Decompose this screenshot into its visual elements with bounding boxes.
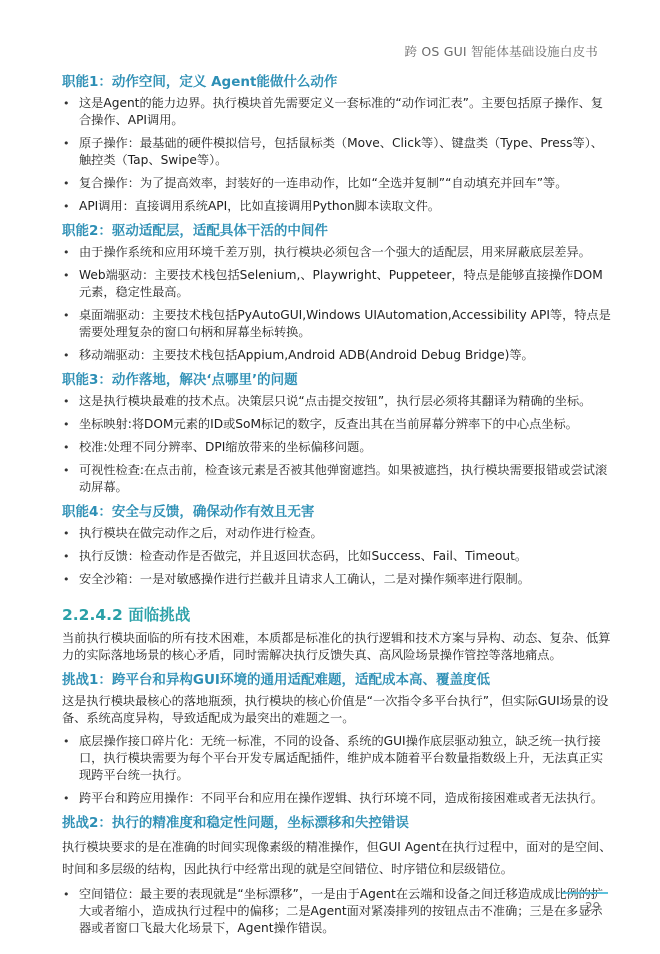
challenge-heading-1: 挑战1：跨平台和异构GUI环境的通用适配难题，适配成本高、覆盖度低 (62, 670, 612, 690)
list-item: 可视性检查:在点击前，检查该元素是否被其他弹窗遮挡。如果被遮挡，执行模块需要报错… (62, 462, 612, 496)
section-heading-1: 职能1：动作空间，定义 Agent能做什么动作 (62, 72, 612, 92)
list-item: 这是执行模块最难的技术点。决策层只说“点击提交按钮”，执行层必须将其翻译为精确的… (62, 393, 612, 410)
bullet-list-2: 由于操作系统和应用环境千差万别，执行模块必须包含一个强大的适配层，用来屏蔽底层差… (62, 244, 612, 364)
list-item: 这是Agent的能力边界。执行模块首先需要定义一套标准的“动作词汇表”。主要包括… (62, 95, 612, 129)
page-number: 29 (585, 900, 600, 914)
bullet-list-4: 执行模块在做完动作之后，对动作进行检查。 执行反馈：检查动作是否做完，并且返回状… (62, 525, 612, 588)
list-item: 执行反馈：检查动作是否做完，并且返回状态码，比如Success、Fail、Tim… (62, 548, 612, 565)
list-item: 校准:处理不同分辨率、DPI缩放带来的坐标偏移问题。 (62, 439, 612, 456)
section-heading-3: 职能3：动作落地，解决‘点哪里’的问题 (62, 370, 612, 390)
list-item: 桌面端驱动：主要技术栈包括PyAutoGUI,Windows UIAutomat… (62, 307, 612, 341)
list-item: 原子操作：最基础的硬件模拟信号，包括鼠标类（Move、Click等）、键盘类（T… (62, 135, 612, 169)
footer-accent-line (562, 892, 608, 894)
challenge-bullets-1: 底层操作接口碎片化：无统一标准，不同的设备、系统的GUI操作底层驱动独立，缺乏统… (62, 733, 612, 807)
challenge-heading-2: 挑战2：执行的精准度和稳定性问题，坐标漂移和失控错误 (62, 813, 612, 833)
list-item: Web端驱动：主要技术栈包括Selenium,、Playwright、Puppe… (62, 267, 612, 301)
list-item: API调用：直接调用系统API，比如直接调用Python脚本读取文件。 (62, 198, 612, 215)
challenges-heading: 2.2.4.2 面临挑战 (62, 604, 612, 626)
list-item: 底层操作接口碎片化：无统一标准，不同的设备、系统的GUI操作底层驱动独立，缺乏统… (62, 733, 612, 784)
challenges-intro: 当前执行模块面临的所有技术困难，本质都是标准化的执行逻辑和技术方案与异构、动态、… (62, 630, 612, 664)
page-header-title: 跨 OS GUI 智能体基础设施白皮书 (404, 42, 598, 60)
challenge-intro-1: 这是执行模块最核心的落地瓶颈，执行模块的核心价值是“一次指令多平台执行”，但实际… (62, 693, 612, 727)
list-item: 执行模块在做完动作之后，对动作进行检查。 (62, 525, 612, 542)
list-item: 坐标映射:将DOM元素的ID或SoM标记的数字，反查出其在当前屏幕分辨率下的中心… (62, 416, 612, 433)
challenge-bullets-2: 空间错位：最主要的表现就是“坐标漂移”，一是由于Agent在云端和设备之间迁移造… (62, 886, 612, 937)
list-item: 由于操作系统和应用环境千差万别，执行模块必须包含一个强大的适配层，用来屏蔽底层差… (62, 244, 612, 261)
list-item: 空间错位：最主要的表现就是“坐标漂移”，一是由于Agent在云端和设备之间迁移造… (62, 886, 612, 937)
list-item: 复合操作：为了提高效率，封装好的一连串动作，比如“全选并复制”“自动填充并回车”… (62, 175, 612, 192)
list-item: 安全沙箱：一是对敏感操作进行拦截并且请求人工确认，二是对操作频率进行限制。 (62, 571, 612, 588)
section-heading-4: 职能4：安全与反馈，确保动作有效且无害 (62, 502, 612, 522)
section-heading-2: 职能2：驱动适配层，适配具体干活的中间件 (62, 221, 612, 241)
list-item: 跨平台和跨应用操作：不同平台和应用在操作逻辑、执行环境不同，造成衔接困难或者无法… (62, 790, 612, 807)
challenge-intro-2: 执行模块要求的是在准确的时间实现像素级的精准操作，但GUI Agent在执行过程… (62, 836, 612, 880)
list-item: 移动端驱动：主要技术栈包括Appium,Android ADB(Android … (62, 347, 612, 364)
bullet-list-3: 这是执行模块最难的技术点。决策层只说“点击提交按钮”，执行层必须将其翻译为精确的… (62, 393, 612, 496)
bullet-list-1: 这是Agent的能力边界。执行模块首先需要定义一套标准的“动作词汇表”。主要包括… (62, 95, 612, 215)
page-content: 职能1：动作空间，定义 Agent能做什么动作 这是Agent的能力边界。执行模… (62, 72, 612, 943)
